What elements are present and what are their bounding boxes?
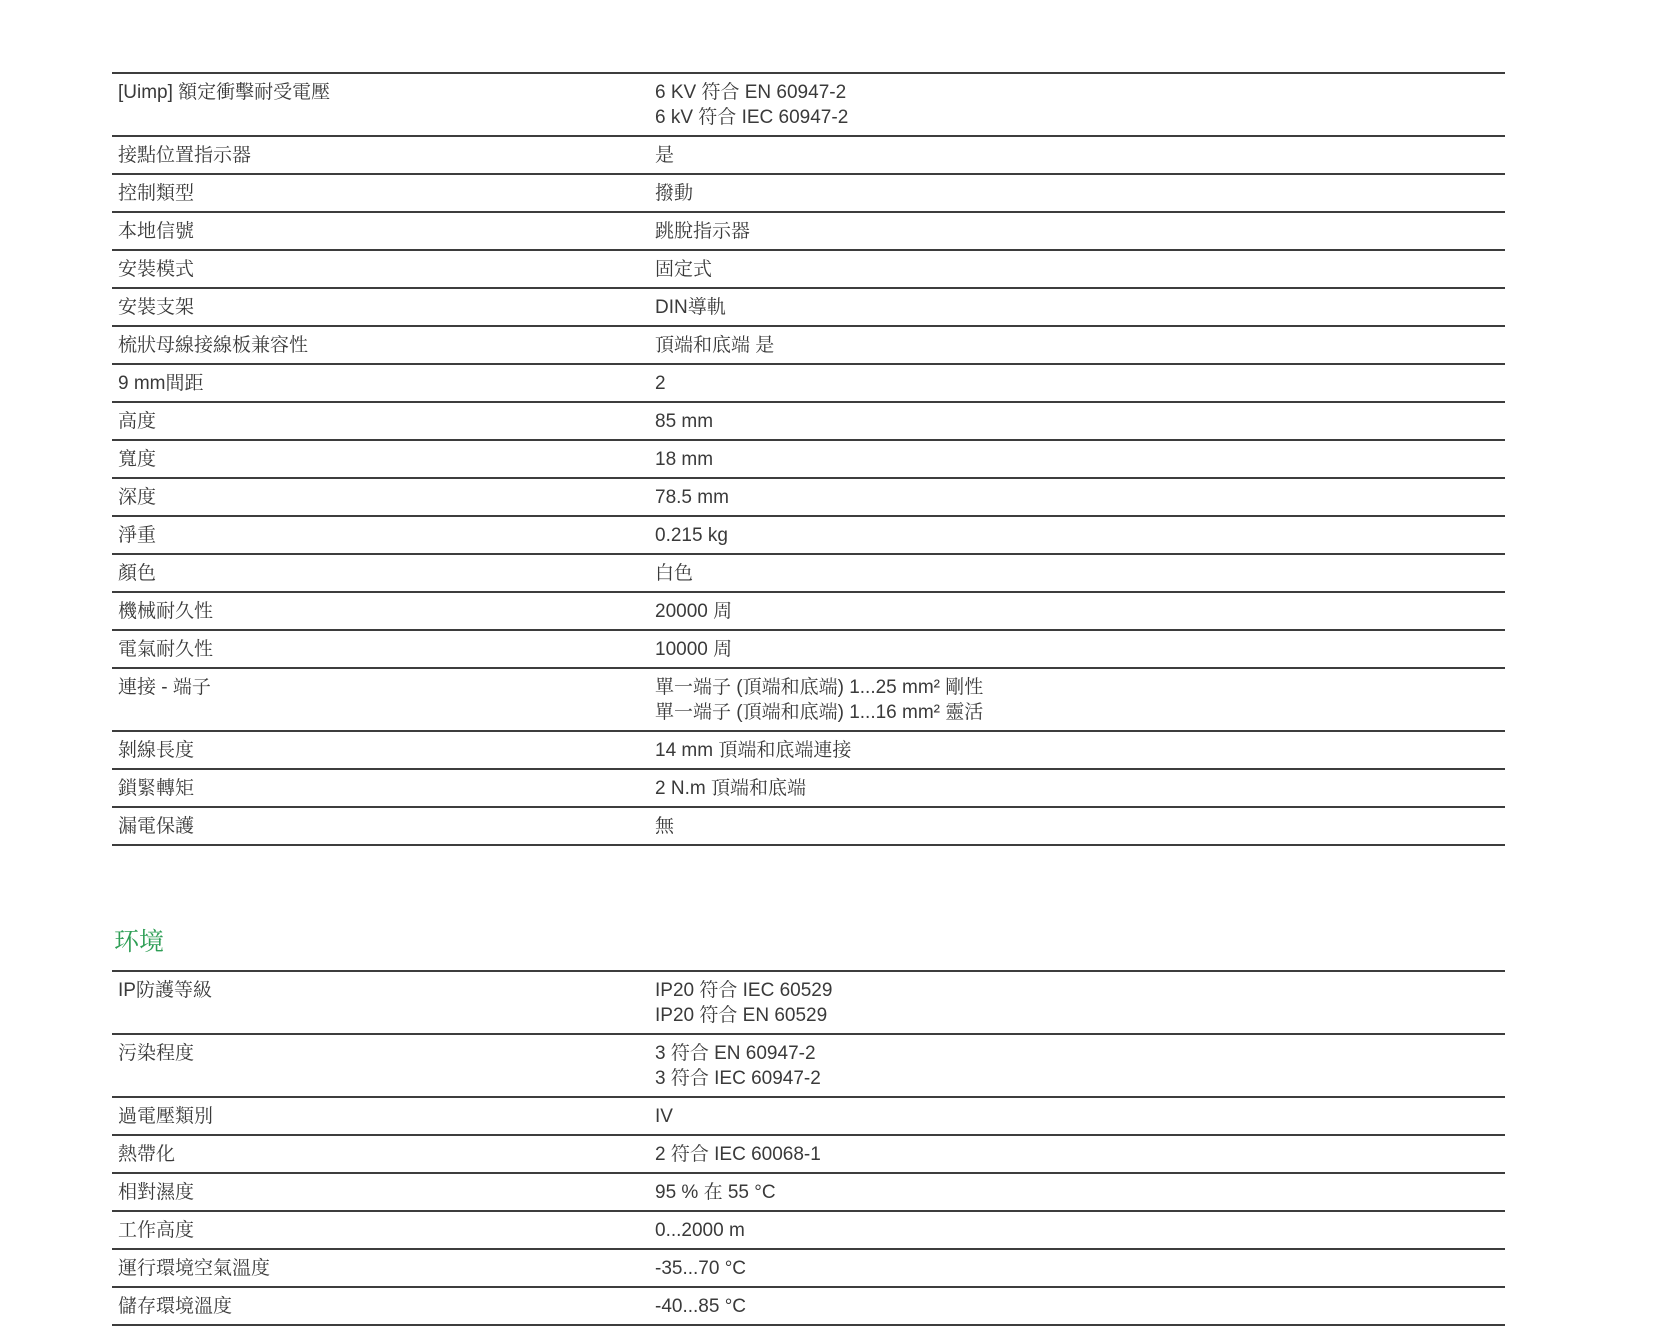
spec-label: 鎖緊轉矩 (118, 776, 655, 801)
spec-row: 顏色白色 (112, 555, 1505, 593)
spec-label: IP防護等級 (118, 978, 655, 1003)
spec-value: 95 % 在 55 °C (655, 1180, 1505, 1205)
spec-value-line: 無 (655, 814, 1505, 839)
spec-value-line: 3 符合 EN 60947-2 (655, 1041, 1505, 1066)
spec-value-line: 95 % 在 55 °C (655, 1180, 1505, 1205)
spec-value-line: 2 符合 IEC 60068-1 (655, 1142, 1505, 1167)
spec-value: 跳脫指示器 (655, 219, 1505, 244)
spec-value-line: 85 mm (655, 409, 1505, 434)
spec-value: IP20 符合 IEC 60529IP20 符合 EN 60529 (655, 978, 1505, 1028)
spec-value-line: 10000 周 (655, 637, 1505, 662)
spec-row: 儲存環境溫度-40...85 °C (112, 1288, 1505, 1326)
spec-row: 寬度18 mm (112, 441, 1505, 479)
spec-value-line: 14 mm 頂端和底端連接 (655, 738, 1505, 763)
spec-label: 高度 (118, 409, 655, 434)
spec-value: -35...70 °C (655, 1256, 1505, 1281)
section-heading-environment: 环境 (112, 926, 1505, 970)
spec-row: 電氣耐久性10000 周 (112, 631, 1505, 669)
spec-value: 撥動 (655, 181, 1505, 206)
spec-row: 熱帶化2 符合 IEC 60068-1 (112, 1136, 1505, 1174)
spec-label: 淨重 (118, 523, 655, 548)
datasheet-page: [Uimp] 額定衝擊耐受電壓6 KV 符合 EN 60947-26 kV 符合… (0, 0, 1653, 1339)
spec-value: IV (655, 1104, 1505, 1129)
spec-label: 儲存環境溫度 (118, 1294, 655, 1319)
spec-label: 連接 - 端子 (118, 675, 655, 700)
spec-value-line: 單一端子 (頂端和底端) 1...16 mm² 靈活 (655, 700, 1505, 725)
spec-label: 安裝支架 (118, 295, 655, 320)
spec-label: 本地信號 (118, 219, 655, 244)
spec-row: 污染程度3 符合 EN 60947-23 符合 IEC 60947-2 (112, 1035, 1505, 1098)
spec-row: 梳狀母線接線板兼容性頂端和底端 是 (112, 327, 1505, 365)
spec-row: 淨重0.215 kg (112, 517, 1505, 555)
spec-value-line: 撥動 (655, 181, 1505, 206)
spec-value-line: 跳脫指示器 (655, 219, 1505, 244)
spec-label: 寬度 (118, 447, 655, 472)
spec-value: 0.215 kg (655, 523, 1505, 548)
spec-label: 污染程度 (118, 1041, 655, 1066)
spec-label: 顏色 (118, 561, 655, 586)
spec-row: 接點位置指示器是 (112, 137, 1505, 175)
spec-value: 單一端子 (頂端和底端) 1...25 mm² 剛性單一端子 (頂端和底端) 1… (655, 675, 1505, 725)
spec-value-line: IP20 符合 EN 60529 (655, 1003, 1505, 1028)
spec-value-line: IP20 符合 IEC 60529 (655, 978, 1505, 1003)
spec-value: 14 mm 頂端和底端連接 (655, 738, 1505, 763)
spec-row: 連接 - 端子單一端子 (頂端和底端) 1...25 mm² 剛性單一端子 (頂… (112, 669, 1505, 732)
spec-value-line: 3 符合 IEC 60947-2 (655, 1066, 1505, 1091)
spec-value: 6 KV 符合 EN 60947-26 kV 符合 IEC 60947-2 (655, 80, 1505, 130)
spec-value-line: 2 (655, 371, 1505, 396)
spec-value-line: DIN導軌 (655, 295, 1505, 320)
spec-value: DIN導軌 (655, 295, 1505, 320)
spec-value: 2 N.m 頂端和底端 (655, 776, 1505, 801)
spec-value: 固定式 (655, 257, 1505, 282)
spec-value-line: -35...70 °C (655, 1256, 1505, 1281)
spec-label: 梳狀母線接線板兼容性 (118, 333, 655, 358)
spec-value: 白色 (655, 561, 1505, 586)
spec-value-line: 0...2000 m (655, 1218, 1505, 1243)
spec-value-line: 18 mm (655, 447, 1505, 472)
spec-label: 工作高度 (118, 1218, 655, 1243)
spec-label: 剝線長度 (118, 738, 655, 763)
spec-value-line: 頂端和底端 是 (655, 333, 1505, 358)
spec-row: 剝線長度14 mm 頂端和底端連接 (112, 732, 1505, 770)
spec-label: 9 mm間距 (118, 371, 655, 396)
spec-value-line: 是 (655, 143, 1505, 168)
spec-value: 3 符合 EN 60947-23 符合 IEC 60947-2 (655, 1041, 1505, 1091)
spec-value: 18 mm (655, 447, 1505, 472)
spec-value: 是 (655, 143, 1505, 168)
spec-value-line: 固定式 (655, 257, 1505, 282)
spec-label: 電氣耐久性 (118, 637, 655, 662)
spec-value: 10000 周 (655, 637, 1505, 662)
spec-row: 本地信號跳脫指示器 (112, 213, 1505, 251)
spec-value-line: 6 KV 符合 EN 60947-2 (655, 80, 1505, 105)
spec-table-environment: IP防護等級IP20 符合 IEC 60529IP20 符合 EN 60529污… (112, 970, 1505, 1326)
spec-value-line: 白色 (655, 561, 1505, 586)
spec-row: 9 mm間距2 (112, 365, 1505, 403)
spec-label: 接點位置指示器 (118, 143, 655, 168)
spec-value-line: 78.5 mm (655, 485, 1505, 510)
spec-row: 相對濕度95 % 在 55 °C (112, 1174, 1505, 1212)
spec-label: 相對濕度 (118, 1180, 655, 1205)
spec-value-line: -40...85 °C (655, 1294, 1505, 1319)
spec-row: 安裝模式固定式 (112, 251, 1505, 289)
spec-value-line: 單一端子 (頂端和底端) 1...25 mm² 剛性 (655, 675, 1505, 700)
spec-label: 機械耐久性 (118, 599, 655, 624)
spec-value-line: 0.215 kg (655, 523, 1505, 548)
spec-value-line: 20000 周 (655, 599, 1505, 624)
spec-row: 漏電保護無 (112, 808, 1505, 846)
spec-value: -40...85 °C (655, 1294, 1505, 1319)
spec-value: 2 符合 IEC 60068-1 (655, 1142, 1505, 1167)
spec-value-line: 6 kV 符合 IEC 60947-2 (655, 105, 1505, 130)
spec-label: 運行環境空氣溫度 (118, 1256, 655, 1281)
spec-row: 深度78.5 mm (112, 479, 1505, 517)
spec-value: 0...2000 m (655, 1218, 1505, 1243)
spec-label: [Uimp] 額定衝擊耐受電壓 (118, 80, 655, 105)
spec-label: 安裝模式 (118, 257, 655, 282)
spec-row: 運行環境空氣溫度-35...70 °C (112, 1250, 1505, 1288)
spec-table-general: [Uimp] 額定衝擊耐受電壓6 KV 符合 EN 60947-26 kV 符合… (112, 72, 1505, 846)
spec-value: 無 (655, 814, 1505, 839)
spec-label: 過電壓類別 (118, 1104, 655, 1129)
spec-row: IP防護等級IP20 符合 IEC 60529IP20 符合 EN 60529 (112, 972, 1505, 1035)
spec-value: 78.5 mm (655, 485, 1505, 510)
spec-row: 工作高度0...2000 m (112, 1212, 1505, 1250)
spec-value-line: 2 N.m 頂端和底端 (655, 776, 1505, 801)
spec-value: 頂端和底端 是 (655, 333, 1505, 358)
spec-value-line: IV (655, 1104, 1505, 1129)
spec-row: 控制類型撥動 (112, 175, 1505, 213)
spec-row: 鎖緊轉矩2 N.m 頂端和底端 (112, 770, 1505, 808)
datasheet-content: [Uimp] 額定衝擊耐受電壓6 KV 符合 EN 60947-26 kV 符合… (112, 72, 1505, 1326)
spec-value: 20000 周 (655, 599, 1505, 624)
spec-row: 高度85 mm (112, 403, 1505, 441)
spec-value: 2 (655, 371, 1505, 396)
spec-row: 安裝支架DIN導軌 (112, 289, 1505, 327)
spec-label: 熱帶化 (118, 1142, 655, 1167)
spec-label: 漏電保護 (118, 814, 655, 839)
spec-label: 控制類型 (118, 181, 655, 206)
spec-row: 過電壓類別IV (112, 1098, 1505, 1136)
spec-row: 機械耐久性20000 周 (112, 593, 1505, 631)
spec-row: [Uimp] 額定衝擊耐受電壓6 KV 符合 EN 60947-26 kV 符合… (112, 74, 1505, 137)
spec-value: 85 mm (655, 409, 1505, 434)
spec-label: 深度 (118, 485, 655, 510)
